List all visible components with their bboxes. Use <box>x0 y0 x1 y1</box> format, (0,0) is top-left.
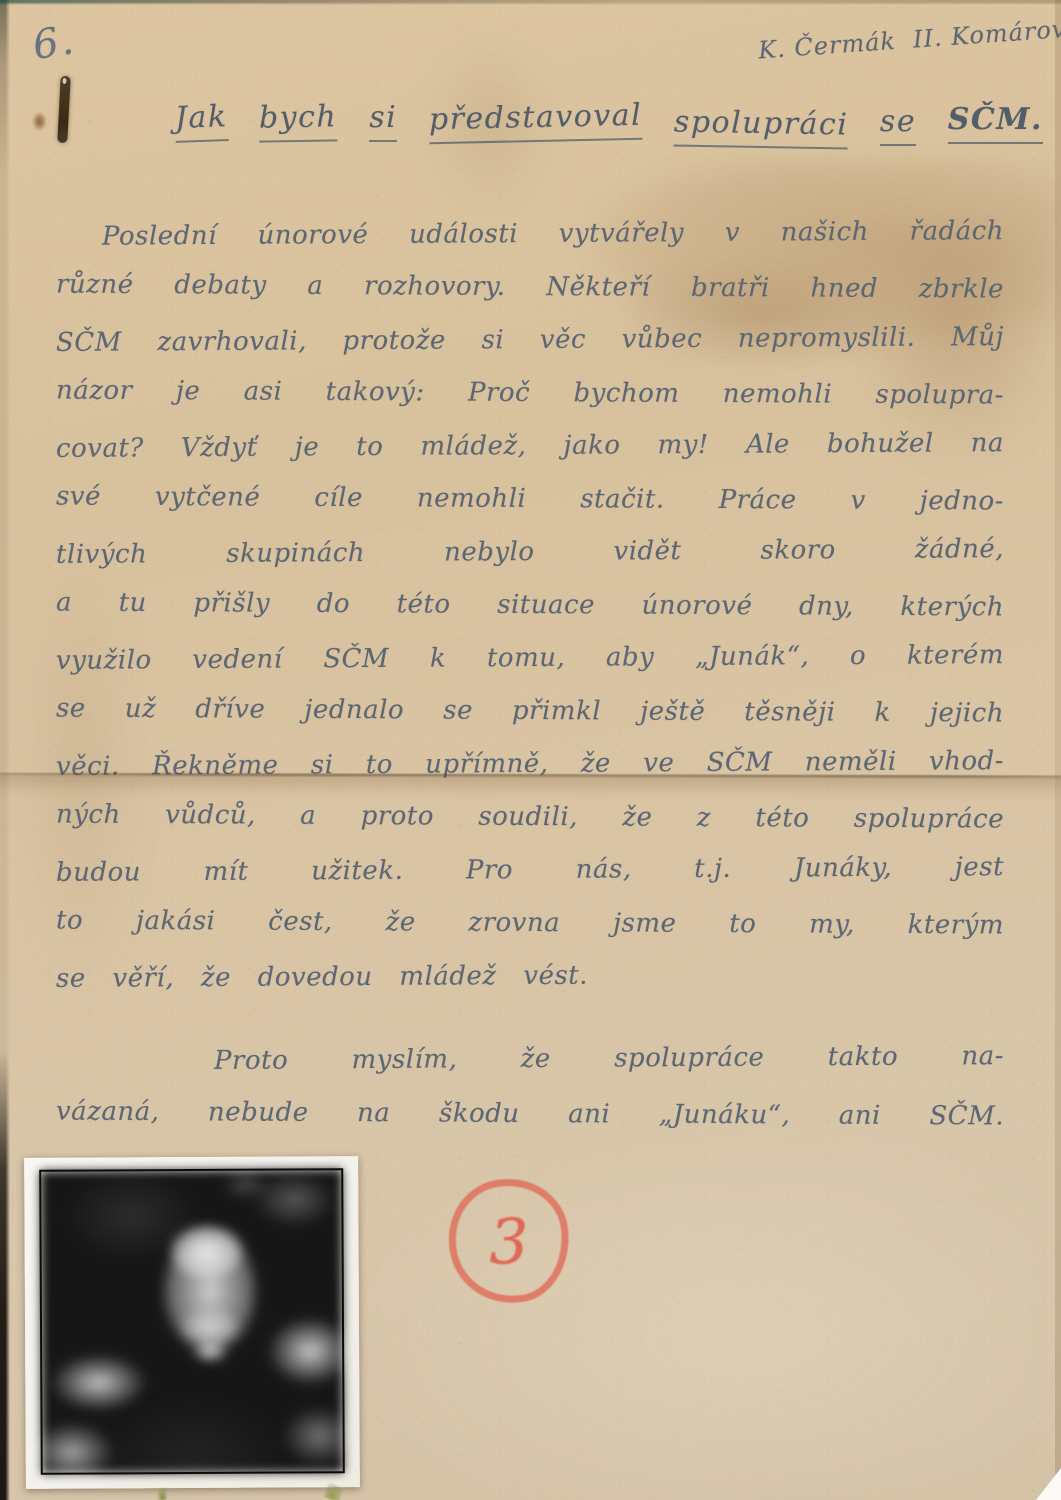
letter-paragraph-2: Proto myslím, že spolupráce takto na- vá… <box>56 1032 1004 1142</box>
portrait-photo <box>40 1169 344 1474</box>
handwritten-line: vázaná, nebude na škodu ani „Junáku“, an… <box>56 1085 1004 1145</box>
title-word: bych <box>259 99 338 142</box>
handwritten-line: to jakási čest, že zrovna jsme to my, kt… <box>56 895 1004 953</box>
handwritten-line: se věří, že dovedou mládež vést. <box>56 947 1004 1006</box>
author-signature: K. Čermák II. Komárov <box>757 16 1058 65</box>
scan-edge-top <box>0 0 1061 5</box>
handwritten-line: různé debaty a rozhovory. Někteří bratři… <box>56 259 1004 317</box>
scan-edge-left <box>0 0 10 1500</box>
handwritten-line: Poslední únorové události vytvářely v na… <box>56 205 1004 264</box>
handwritten-line: tlivých skupinách nebylo vidět skoro žád… <box>56 523 1004 582</box>
handwritten-line: covat? Vždyť je to mládež, jako my! Ale … <box>56 417 1004 476</box>
light-patch <box>360 1130 1060 1500</box>
torn-corner <box>1036 1468 1061 1500</box>
title-word: SČM. <box>948 102 1043 144</box>
stamp-number: 3 <box>489 1204 530 1278</box>
scan-edge-right <box>1055 0 1061 1500</box>
handwritten-line: se už dříve jednalo se přimkl ještě těsn… <box>56 683 1004 741</box>
handwritten-line: budou mít užitek. Pro nás, t.j. Junáky, … <box>56 841 1004 900</box>
plant-sprig <box>158 1488 167 1500</box>
handwritten-line: SČM zavrhovali, protože si věc vůbec nep… <box>56 311 1004 370</box>
title-word: Jak <box>174 99 228 143</box>
handwritten-line: své vytčené cíle nemohli stačit. Práce v… <box>56 471 1004 529</box>
rust-spot <box>33 113 46 130</box>
letter-paragraph-1: Poslední únorové události vytvářely v na… <box>56 208 1004 1003</box>
handwritten-line: názor je asi takový: Proč bychom nemohli… <box>56 365 1004 423</box>
handwritten-line: a tu přišly do této situace únorové dny,… <box>56 577 1004 635</box>
title-word: si <box>369 100 397 142</box>
handwritten-line: ných vůdců, a proto soudili, že z této s… <box>56 789 1004 847</box>
scanned-letter-page: 6. K. Čermák II. Komárov Jak bych si pře… <box>0 0 1061 1500</box>
title-word: se <box>880 104 916 146</box>
portrait-photo-frame <box>24 1156 360 1489</box>
red-circle-stamp: 3 <box>443 1173 575 1309</box>
title-word: spolupráci <box>673 104 848 149</box>
title-word: představoval <box>428 98 642 144</box>
handwritten-line: Proto myslím, že spolupráce takto na- <box>56 1029 1004 1090</box>
page-number: 6. <box>30 17 79 69</box>
handwritten-line: věci. Řekněme si to upřímně, že ve SČM n… <box>56 735 1004 794</box>
handwritten-line: využilo vedení SČM k tomu, aby „Junák“, … <box>56 629 1004 688</box>
rusty-staple <box>57 76 70 143</box>
letter-title: Jak bych si představoval spolupráci se S… <box>175 100 1043 142</box>
